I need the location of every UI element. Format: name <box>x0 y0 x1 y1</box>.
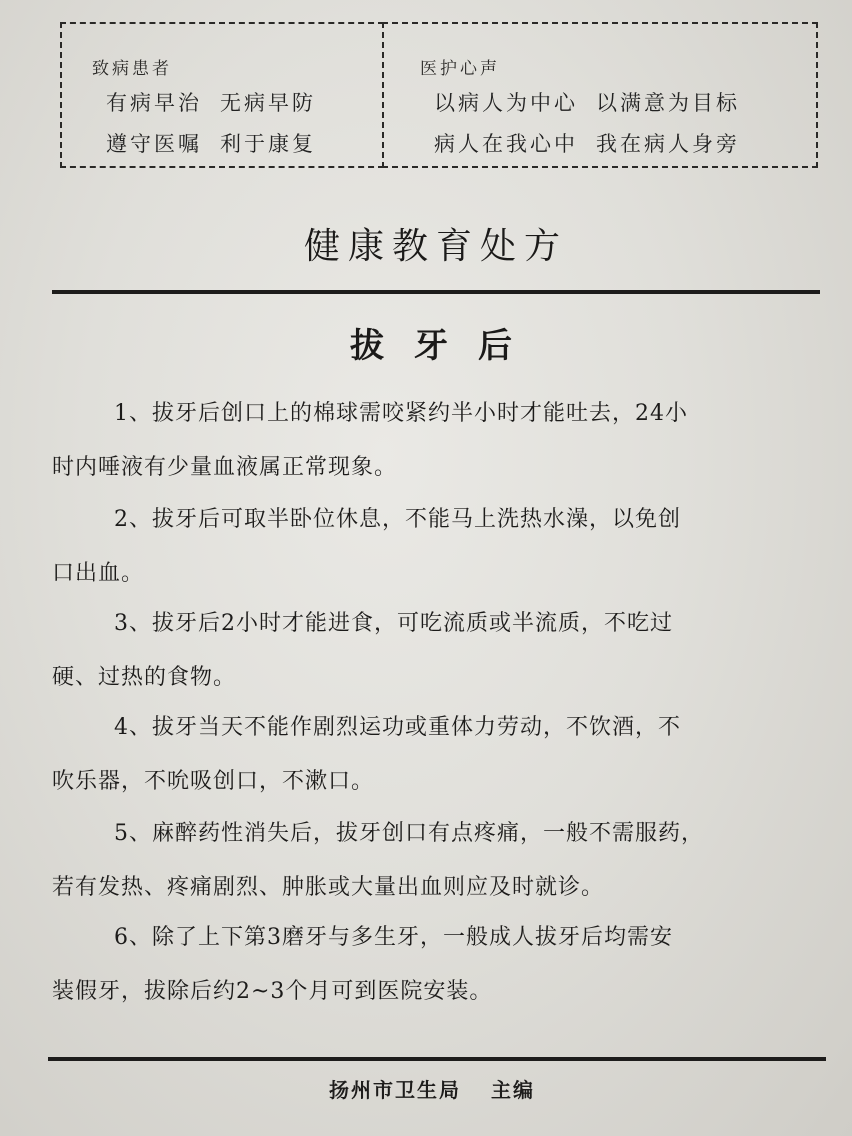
to-patients-line-2: 遵守医嘱利于康复 <box>106 128 316 158</box>
medical-staff-line-2: 病人在我心中我在病人身旁 <box>434 128 740 158</box>
medical-staff-box: 医护心声 以病人为中心以满意为目标 病人在我心中我在病人身旁 <box>382 22 818 168</box>
footer-credit: 扬州市卫生局主编 <box>0 1074 852 1103</box>
to-patients-heading: 致病患者 <box>92 54 172 79</box>
medical-staff-heading: 医护心声 <box>420 54 500 79</box>
publisher-name: 扬州市卫生局 <box>329 1078 461 1102</box>
publisher-role: 主编 <box>491 1078 535 1102</box>
footer-divider <box>48 1057 826 1061</box>
document-title: 健康教育处方 <box>0 218 852 269</box>
document-subtitle: 拔牙后 <box>0 318 852 367</box>
to-patients-box: 致病患者 有病早治无病早防 遵守医嘱利于康复 <box>60 22 384 168</box>
to-patients-line-1: 有病早治无病早防 <box>106 87 316 117</box>
medical-staff-line-1: 以病人为中心以满意为目标 <box>434 87 740 117</box>
title-divider <box>52 290 820 294</box>
